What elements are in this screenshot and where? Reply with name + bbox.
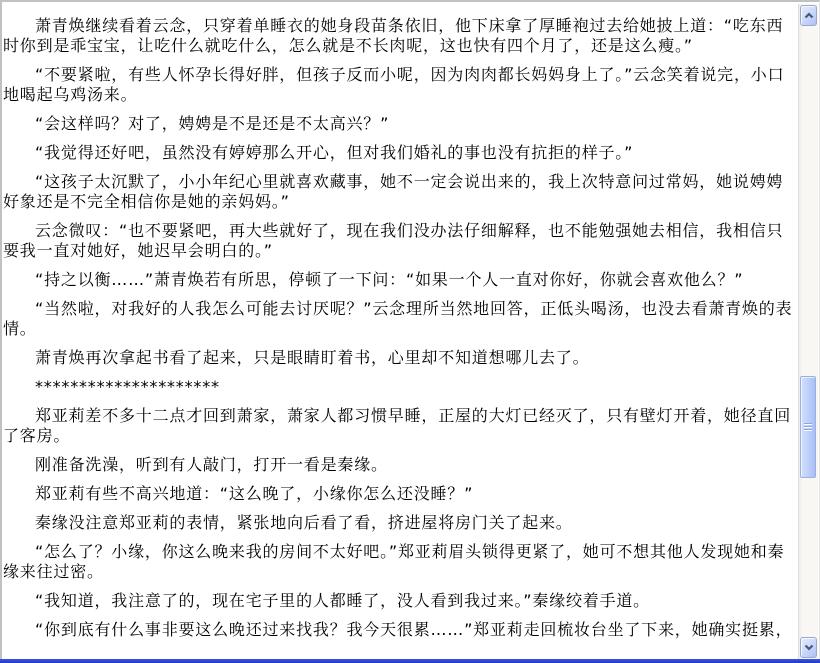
novel-paragraph: “怎么了？小缘，你这么晚来我的房间不太好吧。”郑亚莉眉头锁得更紧了，她可不想其他… — [3, 542, 796, 582]
reader-window: 萧青焕继续看着云念，只穿着单睡衣的她身段苗条依旧，他下床拿了厚睡袍过去给她披上道… — [0, 0, 820, 663]
novel-paragraph: “我觉得还好吧，虽然没有婷婷那么开心，但对我们婚礼的事也没有抗拒的样子。” — [3, 143, 796, 163]
scrollbar-thumb[interactable] — [800, 376, 816, 478]
scrollbar-track[interactable] — [799, 27, 818, 636]
novel-paragraph: “我知道，我注意了的，现在宅子里的人都睡了，没人看到我过来。”秦缘绞着手道。 — [3, 591, 796, 611]
scrollbar-grip-icon — [804, 423, 812, 431]
novel-paragraph: 萧青焕再次拿起书看了起来，只是眼睛盯着书，心里却不知道想哪儿去了。 — [3, 348, 796, 368]
chevron-down-icon — [804, 644, 814, 651]
window-bottom-border — [0, 659, 820, 663]
vertical-scrollbar[interactable] — [798, 4, 818, 659]
novel-paragraph: “会这样吗？对了，娉娉是不是还是不太高兴？” — [3, 114, 796, 134]
novel-paragraph: 云念微叹：“也不要紧吧，再大些就好了，现在我们没办法仔细解释，也不能勉强她去相信… — [3, 221, 796, 261]
novel-paragraph: 郑亚莉有些不高兴地道：“这么晚了，小缘你怎么还没睡？” — [3, 484, 796, 504]
novel-paragraph: 萧青焕继续看着云念，只穿着单睡衣的她身段苗条依旧，他下床拿了厚睡袍过去给她披上道… — [3, 16, 796, 56]
novel-paragraph: “当然啦，对我好的人我怎么可能去讨厌呢？”云念理所当然地回答，正低头喝汤，也没去… — [3, 299, 796, 339]
novel-paragraph: 刚准备洗澡，听到有人敲门，打开一看是秦缘。 — [3, 455, 796, 475]
novel-paragraph: “你到底有什么事非要这么晚还过来找我？我今天很累……”郑亚莉走回梳妆台坐了下来，… — [3, 620, 796, 640]
novel-paragraph: 郑亚莉差不多十二点才回到萧家，萧家人都习惯早睡，正屋的大灯已经灭了，只有壁灯开着… — [3, 406, 796, 446]
novel-paragraph: “不要紧啦，有些人怀孕长得好胖，但孩子反而小呢，因为肉肉都长妈妈身上了。”云念笑… — [3, 65, 796, 105]
novel-paragraph: “这孩子太沉默了，小小年纪心里就喜欢藏事，她不一定会说出来的，我上次特意问过常妈… — [3, 172, 796, 212]
novel-paragraph: ********************* — [3, 377, 796, 397]
novel-paragraph: “持之以衡……”萧青焕若有所思，停顿了一下问：“如果一个人一直对你好，你就会喜欢… — [3, 270, 796, 290]
chevron-up-icon — [804, 12, 814, 19]
novel-paragraph: 秦缘没注意郑亚莉的表情，紧张地向后看了看，挤进屋将房门关了起来。 — [3, 513, 796, 533]
novel-text-page: 萧青焕继续看着云念，只穿着单睡衣的她身段苗条依旧，他下床拿了厚睡袍过去给她披上道… — [2, 2, 798, 659]
scroll-up-button[interactable] — [800, 5, 817, 26]
scroll-down-button[interactable] — [800, 637, 817, 658]
